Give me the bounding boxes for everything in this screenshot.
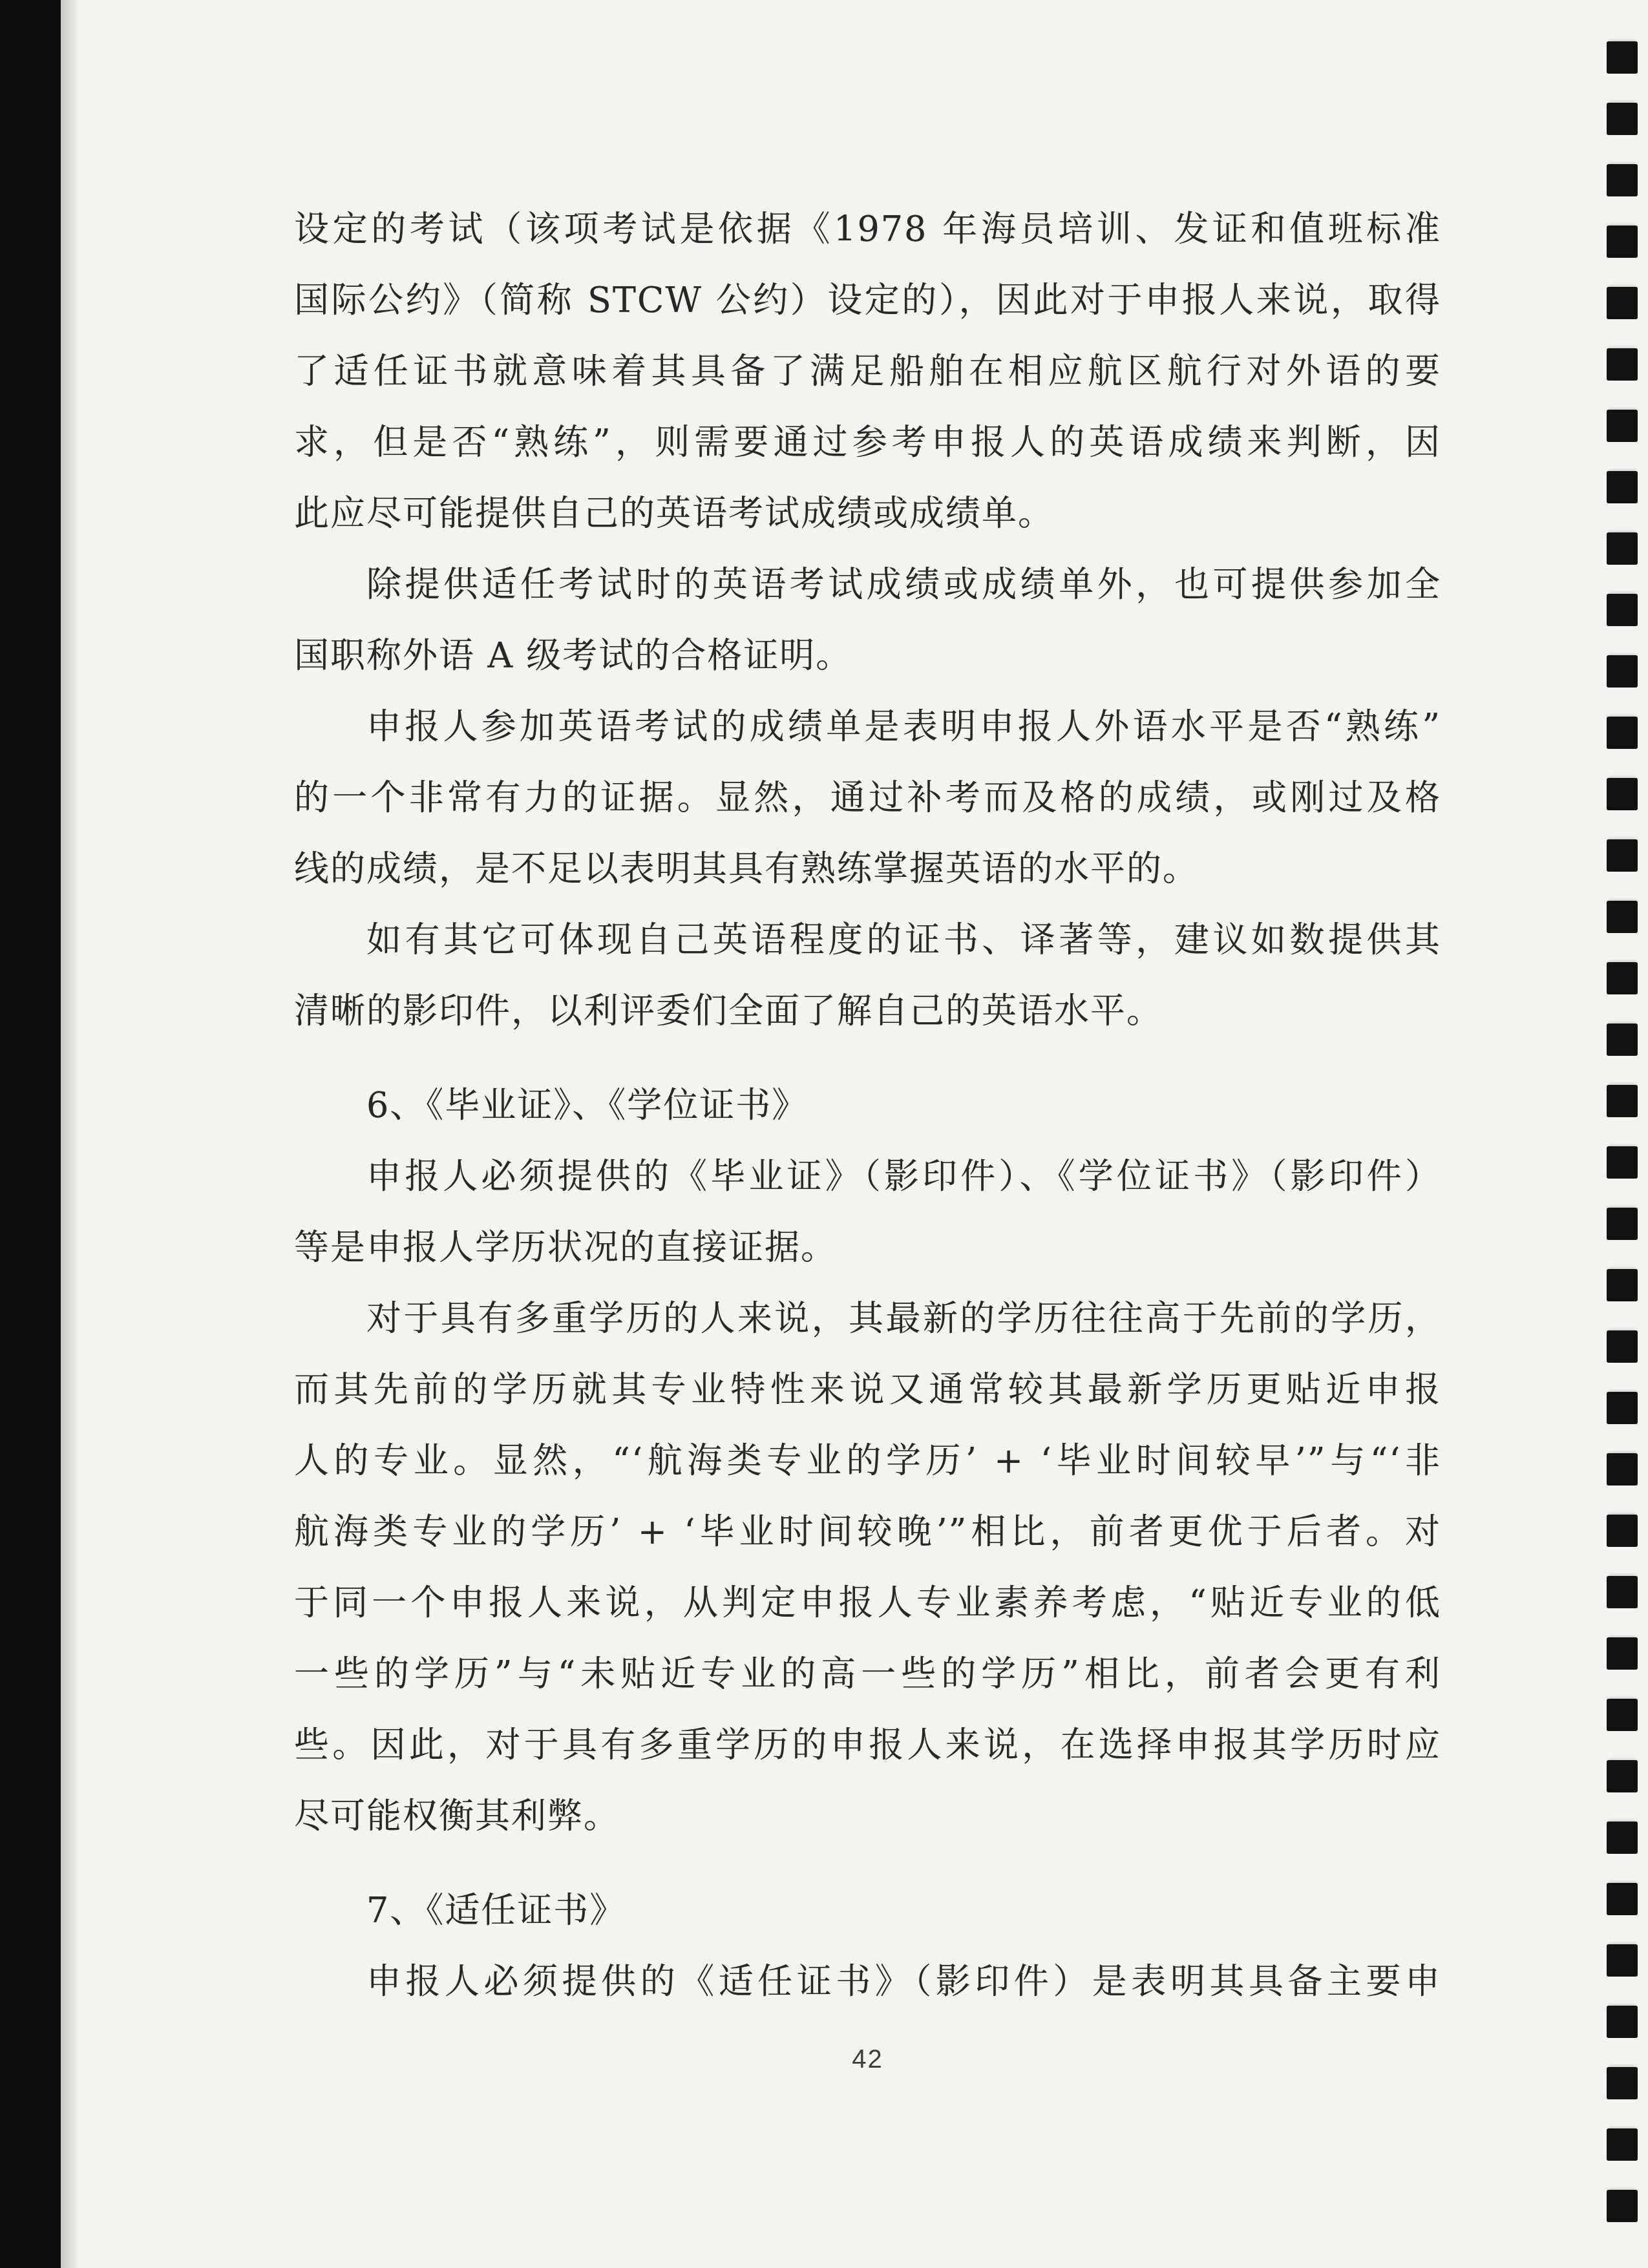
text-line: 国职称外语 A 级考试的合格证明。: [294, 620, 1441, 691]
binding-hole: [1607, 1208, 1638, 1240]
binding-hole: [1607, 103, 1638, 135]
text-line: 些。因此，对于具有多重学历的申报人来说，在选择申报其学历时应: [294, 1710, 1441, 1781]
binding-hole: [1607, 1883, 1638, 1915]
binding-hole: [1607, 1760, 1638, 1792]
text-line: 国际公约》（简称 STCW 公约）设定的），因此对于申报人来说，取得: [294, 265, 1441, 336]
text-line: 除提供适任考试时的英语考试成绩或成绩单外，也可提供参加全: [294, 549, 1441, 620]
text-line: 对于具有多重学历的人来说，其最新的学历往往高于先前的学历，: [294, 1283, 1441, 1354]
binding-hole: [1607, 1453, 1638, 1486]
binding-hole: [1607, 717, 1638, 749]
binding-hole: [1607, 962, 1638, 994]
text-line: 求，但是否“熟练”，则需要通过参考申报人的英语成绩来判断，因: [294, 407, 1441, 478]
binding-hole: [1607, 1024, 1638, 1056]
binding-holes: [1607, 41, 1638, 2222]
body-text: 设定的考试（该项考试是依据《1978 年海员培训、发证和值班标准国际公约》（简称…: [294, 194, 1441, 2017]
binding-hole: [1607, 2067, 1638, 2099]
text-line: 申报人必须提供的《适任证书》（影印件）是表明其具备主要申: [294, 1946, 1441, 2017]
text-line: 清晰的影印件，以利评委们全面了解自己的英语水平。: [294, 976, 1441, 1047]
book-spine: [0, 0, 61, 2268]
binding-hole: [1607, 410, 1638, 442]
text-line: 人的专业。显然，“‘航海类专业的学历’ + ‘毕业时间较早’”与“‘非: [294, 1425, 1441, 1496]
binding-hole: [1607, 1699, 1638, 1731]
binding-hole: [1607, 1330, 1638, 1363]
binding-hole: [1607, 164, 1638, 196]
binding-hole: [1607, 348, 1638, 381]
text-line: 了适任证书就意味着其具备了满足船舶在相应航区航行对外语的要: [294, 336, 1441, 407]
binding-hole: [1607, 1085, 1638, 1117]
binding-hole: [1607, 471, 1638, 503]
text-line: 此应尽可能提供自己的英语考试成绩或成绩单。: [294, 478, 1441, 549]
binding-hole: [1607, 2128, 1638, 2161]
binding-hole: [1607, 1944, 1638, 1977]
binding-hole: [1607, 778, 1638, 810]
text-line: 申报人参加英语考试的成绩单是表明申报人外语水平是否“熟练”: [294, 691, 1441, 762]
text-line: 一些的学历”与“未贴近专业的高一些的学历”相比，前者会更有利: [294, 1639, 1441, 1710]
binding-hole: [1607, 1269, 1638, 1301]
document-page: 设定的考试（该项考试是依据《1978 年海员培训、发证和值班标准国际公约》（简称…: [0, 0, 1648, 2268]
spine-shadow: [61, 0, 79, 2268]
binding-hole: [1607, 655, 1638, 688]
binding-hole: [1607, 287, 1638, 319]
text-line: 而其先前的学历就其专业特性来说又通常较其最新学历更贴近申报: [294, 1354, 1441, 1425]
binding-hole: [1607, 1146, 1638, 1179]
text-line: 的一个非常有力的证据。显然，通过补考而及格的成绩，或刚过及格: [294, 762, 1441, 834]
text-line: 等是申报人学历状况的直接证据。: [294, 1212, 1441, 1283]
page-number: 42: [294, 2045, 1441, 2074]
binding-hole: [1607, 1576, 1638, 1608]
text-line: 如有其它可体现自己英语程度的证书、译著等，建议如数提供其: [294, 905, 1441, 976]
text-line: 6、《毕业证》、《学位证书》: [294, 1070, 1441, 1141]
binding-hole: [1607, 1392, 1638, 1424]
text-line: 设定的考试（该项考试是依据《1978 年海员培训、发证和值班标准: [294, 194, 1441, 265]
binding-hole: [1607, 226, 1638, 258]
text-line: 申报人必须提供的《毕业证》（影印件）、《学位证书》（影印件）: [294, 1141, 1441, 1212]
binding-hole: [1607, 839, 1638, 872]
binding-hole: [1607, 2006, 1638, 2038]
binding-hole: [1607, 901, 1638, 933]
binding-hole: [1607, 2190, 1638, 2222]
binding-hole: [1607, 532, 1638, 565]
text-line: 于同一个申报人来说，从判定申报人专业素养考虑，“贴近专业的低: [294, 1568, 1441, 1639]
text-line: 航海类专业的学历’ + ‘毕业时间较晚’”相比，前者更优于后者。对: [294, 1496, 1441, 1568]
text-line: 7、《适任证书》: [294, 1875, 1441, 1946]
binding-hole: [1607, 1637, 1638, 1670]
text-line: 尽可能权衡其利弊。: [294, 1781, 1441, 1852]
text-line: 线的成绩，是不足以表明其具有熟练掌握英语的水平的。: [294, 834, 1441, 905]
binding-hole: [1607, 1822, 1638, 1854]
binding-hole: [1607, 594, 1638, 626]
binding-hole: [1607, 41, 1638, 74]
binding-hole: [1607, 1515, 1638, 1547]
